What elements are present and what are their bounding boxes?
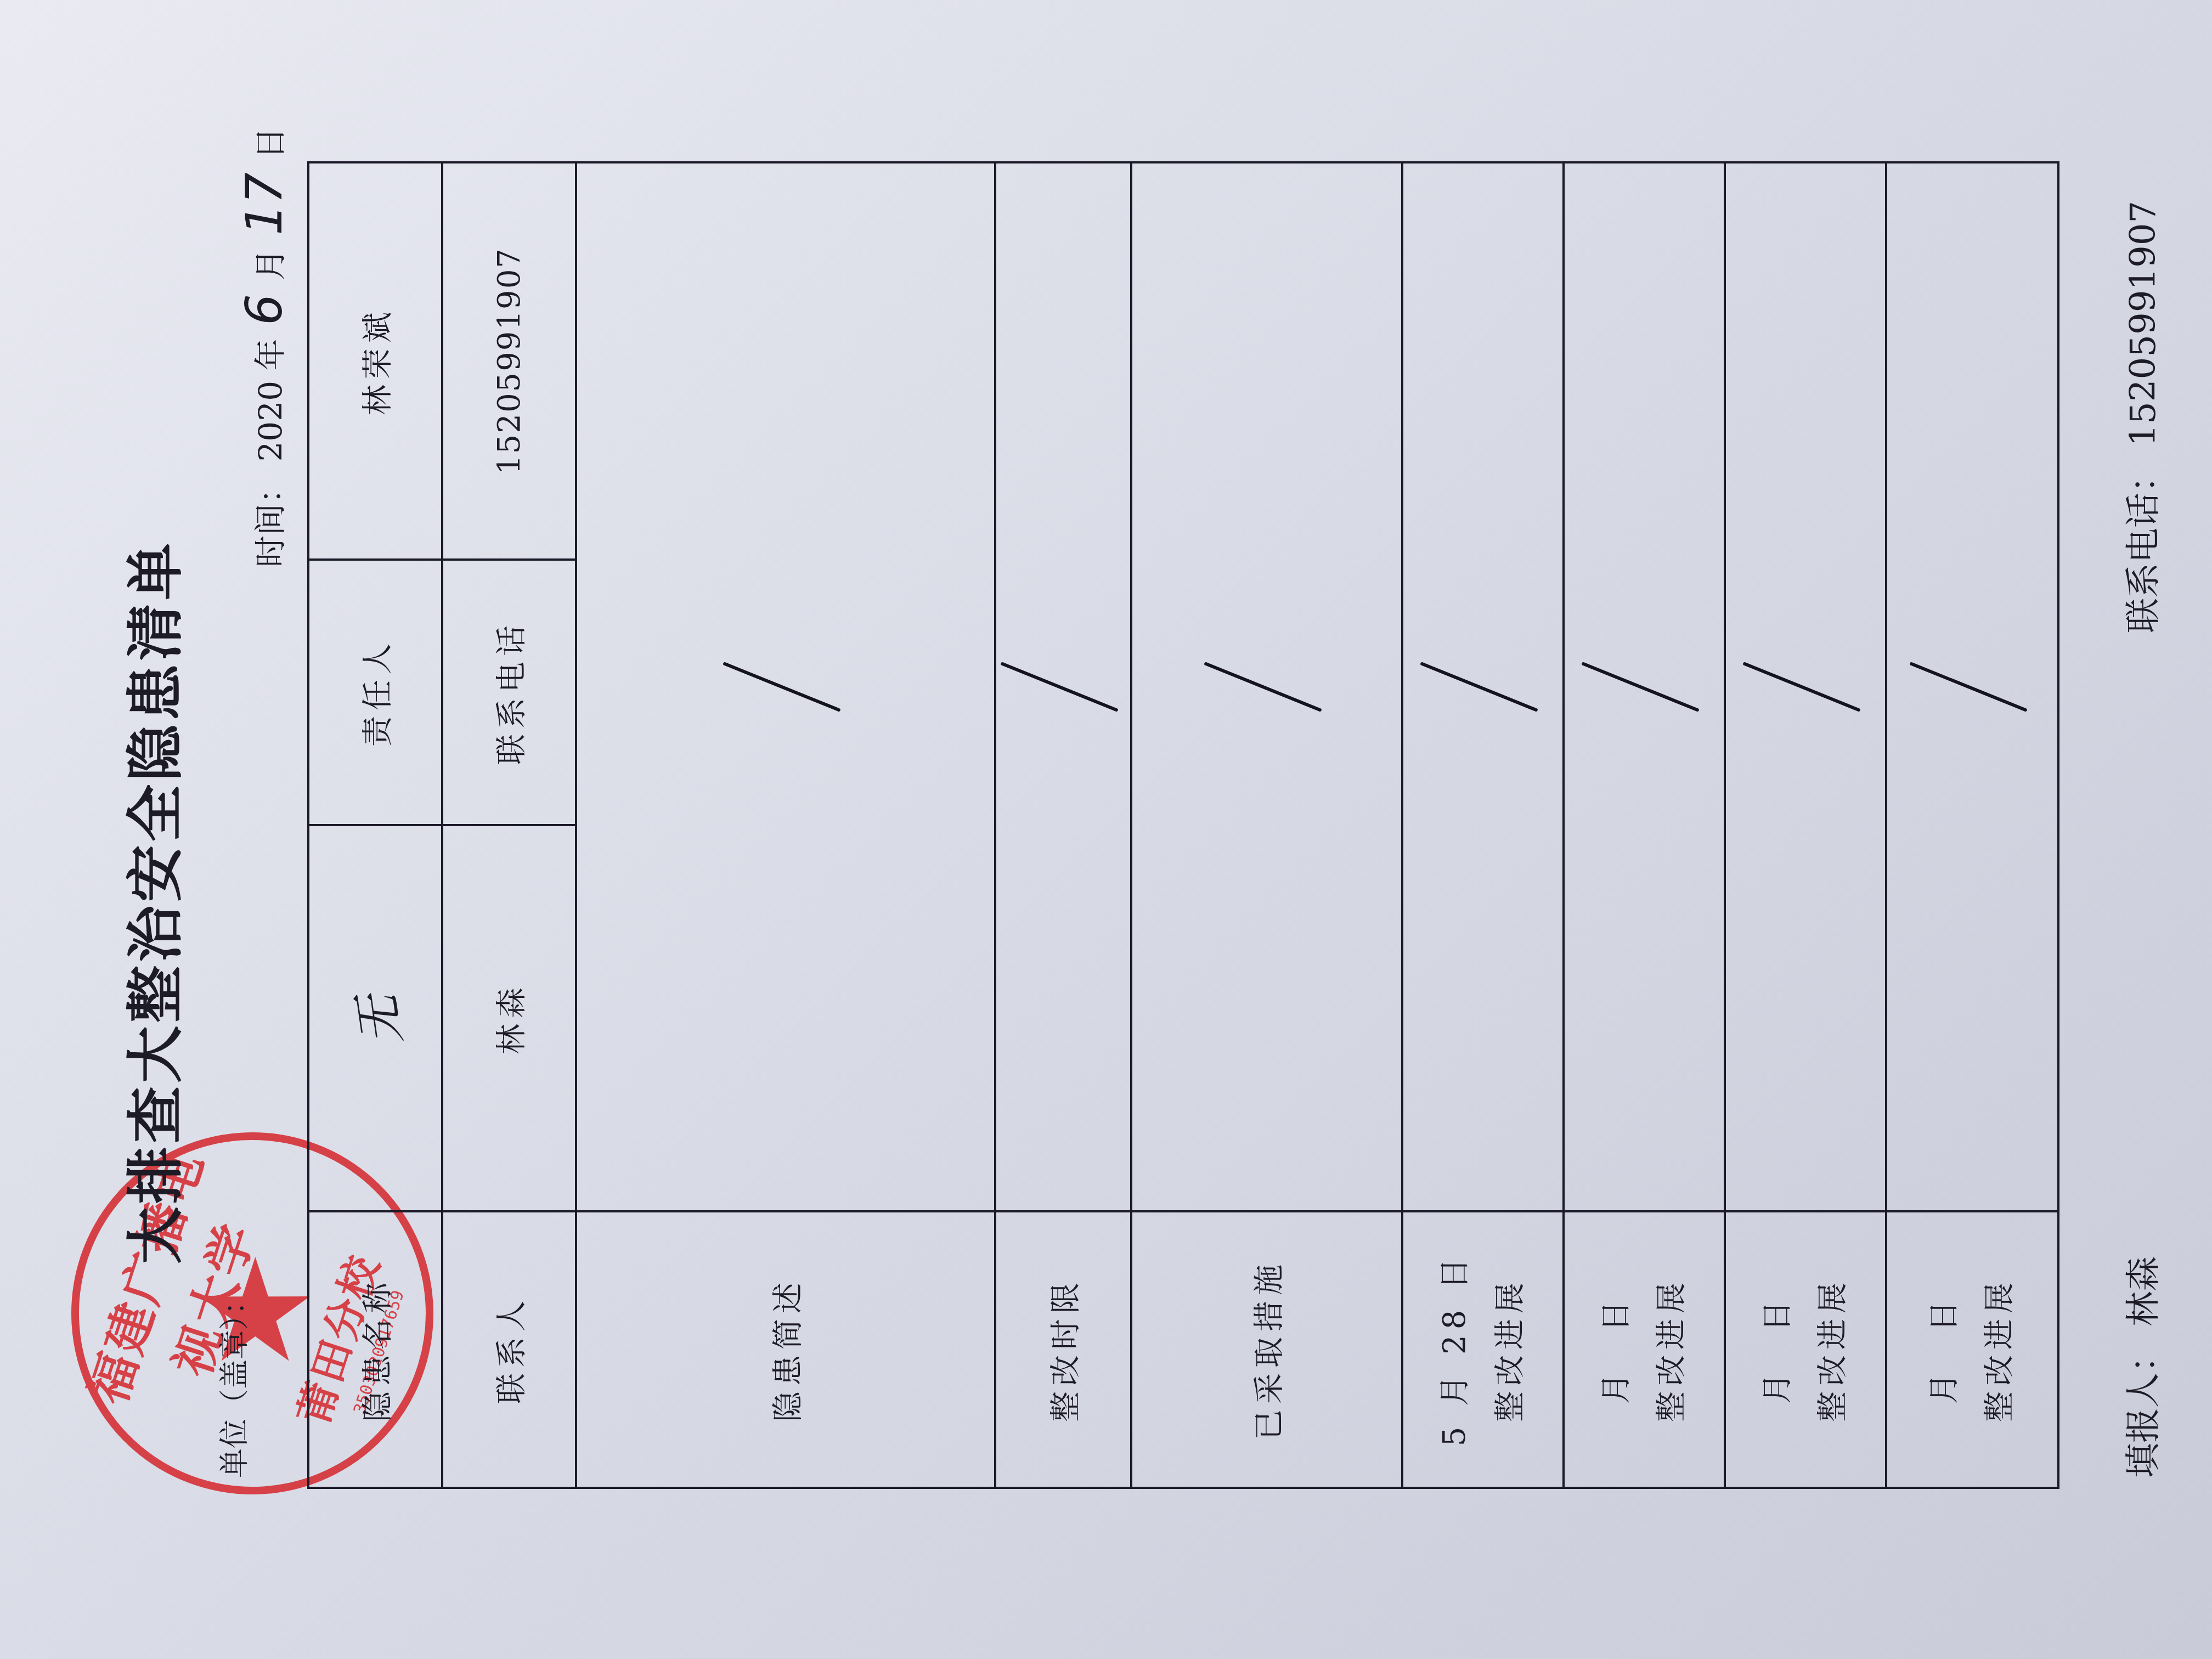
slash-mark [1000, 662, 1119, 712]
date-day-unit: 日 [252, 127, 289, 159]
contact-label: 联系人 [442, 1211, 576, 1488]
date-day: 17 [236, 169, 294, 239]
date-label: 时间： [252, 472, 289, 567]
progress-title: 整改进展 [1805, 1212, 1861, 1487]
filler-label: 填报人： [2123, 1338, 2164, 1478]
row-contact: 联系人 林森 联系电话 15205991907 [442, 162, 576, 1488]
filler-value: 林森 [2123, 1256, 2164, 1327]
progress-value [1725, 162, 1886, 1211]
responsible-value: 林荣斌 [308, 162, 442, 560]
document-page: 福建广播电视大学 ★ 莆田分校 3503020917659 大排查大整治安全隐患… [0, 0, 2212, 1659]
row-description: 隐患简述 [576, 162, 995, 1488]
row-measures: 已采取措施 [1131, 162, 1402, 1488]
deadline-label: 整改时限 [995, 1211, 1131, 1488]
contact-value: 林森 [442, 825, 576, 1211]
contact-phone-label: 联系电话 [442, 560, 576, 825]
measures-label: 已采取措施 [1131, 1211, 1402, 1488]
progress-date: 5 月 28 日 [1427, 1212, 1483, 1487]
slash-mark [1742, 662, 1861, 712]
date-month: 6 [236, 291, 294, 329]
footer-phone-label: 联系电话： [2123, 458, 2164, 633]
hazard-form-table: 隐患名称 无 责任人 林荣斌 联系人 林森 联系电话 15205991907 隐… [307, 161, 2059, 1489]
slash-mark [1581, 662, 1700, 712]
progress-label: 月 日 整改进展 [1886, 1211, 2058, 1488]
page-title: 大排查大整治安全隐患清单 [110, 222, 192, 1264]
date-year-unit: 年 [252, 338, 289, 370]
progress-label: 5 月 28 日 整改进展 [1402, 1211, 1564, 1488]
hazard-name-cell: 无 [308, 825, 442, 1211]
progress-label: 月 日 整改进展 [1564, 1211, 1725, 1488]
slash-mark [1204, 662, 1322, 712]
progress-value [1564, 162, 1725, 1211]
footer-phone-value: 15205991907 [2123, 201, 2164, 447]
deadline-value [995, 162, 1131, 1211]
progress-date: 月 日 [1750, 1212, 1805, 1487]
hazard-name-value: 无 [336, 986, 415, 1050]
progress-date: 月 日 [1917, 1212, 1972, 1487]
slash-mark [723, 662, 841, 712]
responsible-label: 责任人 [308, 560, 442, 825]
row-progress-4: 月 日 整改进展 [1886, 162, 2058, 1488]
row-progress-3: 月 日 整改进展 [1725, 162, 1886, 1488]
contact-phone-value: 15205991907 [442, 162, 576, 560]
description-value [576, 162, 995, 1211]
progress-title: 整改进展 [1644, 1212, 1700, 1487]
slash-mark [1420, 662, 1538, 712]
description-label: 隐患简述 [576, 1211, 995, 1488]
footer-phone-line: 联系电话： 15205991907 [2115, 201, 2165, 633]
row-progress-1: 5 月 28 日 整改进展 [1402, 162, 1564, 1488]
row-hazard-name: 隐患名称 无 责任人 林荣斌 [308, 162, 442, 1488]
measures-value [1131, 162, 1402, 1211]
progress-value [1402, 162, 1564, 1211]
progress-title: 整改进展 [1972, 1212, 2028, 1487]
progress-title: 整改进展 [1483, 1212, 1538, 1487]
progress-value [1886, 162, 2058, 1211]
hazard-name-label: 隐患名称 [308, 1211, 442, 1488]
date-line: 时间： 2020 年 6 月 17 日 [236, 127, 294, 567]
date-year: 2020 [252, 381, 289, 462]
row-progress-2: 月 日 整改进展 [1564, 162, 1725, 1488]
unit-label: 单位（盖章）： [211, 1285, 253, 1478]
date-month-unit: 月 [252, 249, 289, 280]
slash-mark [1909, 662, 2028, 712]
row-deadline: 整改时限 [995, 162, 1131, 1488]
filler-line: 填报人： 林森 [2115, 1256, 2165, 1478]
progress-date: 月 日 [1589, 1212, 1644, 1487]
progress-label: 月 日 整改进展 [1725, 1211, 1886, 1488]
